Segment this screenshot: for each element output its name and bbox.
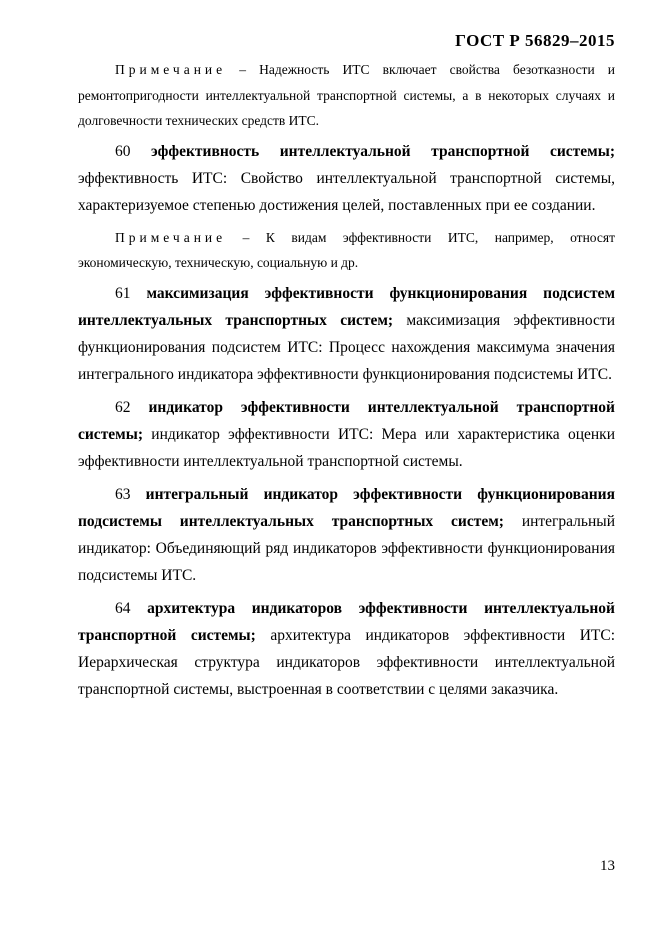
term-paragraph-62: 62 индикатор эффективности интеллектуаль… — [78, 394, 615, 475]
note-label: Примечание — [115, 62, 226, 77]
term-number: 64 — [115, 600, 131, 617]
term-paragraph-61: 61 максимизация эффективности функционир… — [78, 280, 615, 388]
term-name: эффективность интеллектуальной транспорт… — [151, 143, 615, 160]
term-paragraph-63: 63 интегральный индикатор эффективности … — [78, 481, 615, 589]
term-definition: индикатор эффективности ИТС: Мера или ха… — [78, 426, 615, 470]
page-number: 13 — [78, 858, 615, 875]
standard-number-header: ГОСТ Р 56829–2015 — [78, 31, 615, 51]
term-number: 62 — [115, 399, 131, 416]
note-label: Примечание — [115, 230, 226, 245]
document-body: Примечание – Надежность ИТС включает сво… — [78, 57, 615, 709]
document-page: ГОСТ Р 56829–2015 Примечание – Надежност… — [0, 0, 661, 935]
term-number: 60 — [115, 143, 131, 160]
term-number: 63 — [115, 486, 131, 503]
note-paragraph: Примечание – К видам эффективности ИТС, … — [78, 225, 615, 276]
term-paragraph-64: 64 архитектура индикаторов эффективности… — [78, 595, 615, 703]
note-paragraph: Примечание – Надежность ИТС включает сво… — [78, 57, 615, 134]
term-paragraph-60: 60 эффективность интеллектуальной трансп… — [78, 138, 615, 219]
term-definition: эффективность ИТС: Свойство интеллектуал… — [78, 170, 615, 214]
term-number: 61 — [115, 285, 131, 302]
